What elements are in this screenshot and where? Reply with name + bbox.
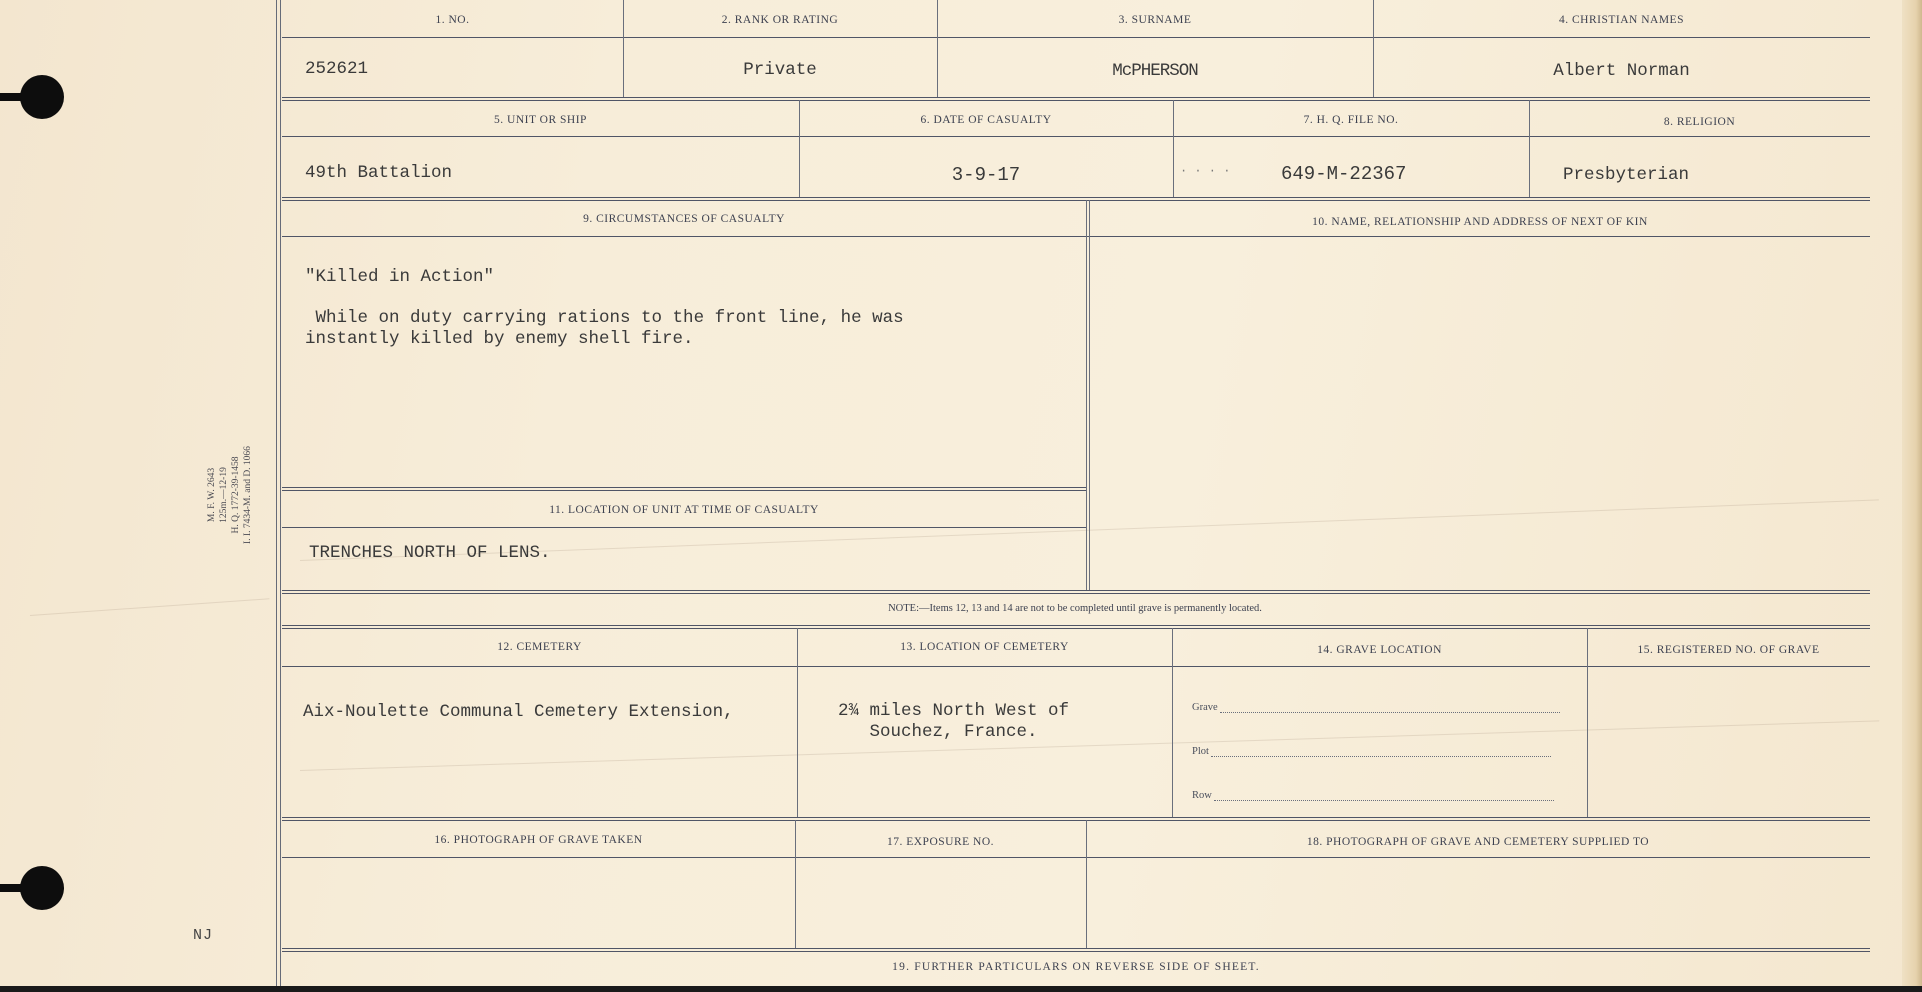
label-date-of-casualty: 6. Date of Casualty xyxy=(799,114,1173,126)
value-unit: 49th Battalion xyxy=(305,163,452,183)
label-location-of-cemetery: 13. Location of Cemetery xyxy=(797,641,1172,653)
grave-blank xyxy=(1220,702,1560,713)
label-surname: 3. Surname xyxy=(937,14,1373,26)
row1-header-rule xyxy=(282,37,1870,38)
label-hq-file-no: 7. H. Q. File No. xyxy=(1173,114,1529,126)
scan-border xyxy=(0,986,1922,992)
row4-header-rule xyxy=(282,666,1870,667)
grave-field: Grave xyxy=(1192,702,1560,713)
card-edge xyxy=(1902,0,1922,986)
label-christian-names: 4. Christian Names xyxy=(1373,14,1870,26)
divider xyxy=(1529,100,1530,197)
row5-header-rule xyxy=(282,857,1870,858)
row5-bottom-rule xyxy=(282,948,1870,952)
label-exposure-no: 17. Exposure No. xyxy=(795,836,1086,848)
value-hq-file-no: 649-M-22367 xyxy=(1281,163,1406,185)
punch-hole-bottom xyxy=(20,866,64,910)
row2-header-rule xyxy=(282,136,1870,137)
section11-header-rule xyxy=(282,527,1086,528)
label-rank: 2. Rank or Rating xyxy=(623,14,937,26)
label-grave-location: 14. Grave Location xyxy=(1172,644,1587,656)
grave-label: Grave xyxy=(1192,702,1218,713)
leader-dots: · · · · xyxy=(1180,164,1230,178)
label-next-of-kin: 10. Name, Relationship and Address of Ne… xyxy=(1090,216,1870,228)
form-ref-line-1: M. F. W. 2643 xyxy=(206,430,218,560)
value-no: 252621 xyxy=(305,59,368,79)
form-ref-line-3: H. Q. 1772-39-1458 xyxy=(230,430,242,560)
row-label: Row xyxy=(1192,790,1212,801)
section11-top-rule xyxy=(282,487,1086,491)
divider xyxy=(1172,628,1173,817)
value-circumstances-heading: "Killed in Action" xyxy=(305,267,494,287)
value-date-of-casualty: 3-9-17 xyxy=(799,164,1173,186)
label-unit: 5. Unit or Ship xyxy=(282,114,799,126)
label-religion: 8. Religion xyxy=(1529,116,1870,128)
plot-label: Plot xyxy=(1192,746,1209,757)
label-registered-no: 15. Registered No. of Grave xyxy=(1587,644,1870,656)
row1-bottom-rule xyxy=(282,97,1870,101)
form-reference: M. F. W. 2643 125m.—12-19 H. Q. 1772-39-… xyxy=(192,430,272,560)
divider xyxy=(797,628,798,817)
row-field: Row xyxy=(1192,790,1554,801)
plot-field: Plot xyxy=(1192,746,1551,757)
note-text: NOTE:—Items 12, 13 and 14 are not to be … xyxy=(280,603,1870,614)
row2-bottom-rule xyxy=(282,197,1870,201)
form-ref-line-4: I. I. 7434-M. and D. 1066 xyxy=(242,430,254,560)
punch-hole-top xyxy=(20,75,64,119)
value-surname: McPHERSON xyxy=(937,61,1373,81)
plot-blank xyxy=(1211,746,1551,757)
value-location-of-unit: TRENCHES NORTH OF LENS. xyxy=(309,543,551,563)
label-location-of-unit: 11. Location of Unit at Time of Casualty xyxy=(282,504,1086,516)
form-ref-line-2: 125m.—12-19 xyxy=(218,430,230,560)
row4-bottom-rule xyxy=(282,817,1870,821)
form-border-left xyxy=(276,0,281,986)
note-bottom-rule xyxy=(282,625,1870,629)
value-location-of-cemetery: 2¾ miles North West of Souchez, France. xyxy=(838,701,1069,743)
label-photograph-supplied-to: 18. Photograph of Grave and Cemetery Sup… xyxy=(1086,836,1870,848)
value-rank: Private xyxy=(623,60,937,80)
row-blank xyxy=(1214,790,1554,801)
divider xyxy=(1086,200,1090,590)
label-cemetery: 12. Cemetery xyxy=(282,641,797,653)
value-circumstances-text: While on duty carrying rations to the fr… xyxy=(305,308,904,350)
row3-header-rule xyxy=(282,236,1870,237)
divider xyxy=(1587,628,1588,817)
value-christian-names: Albert Norman xyxy=(1373,61,1870,81)
value-cemetery: Aix-Noulette Communal Cemetery Extension… xyxy=(303,702,734,722)
label-circumstances: 9. Circumstances of Casualty xyxy=(282,213,1086,225)
value-religion: Presbyterian xyxy=(1563,165,1689,185)
note-top-rule xyxy=(282,590,1870,594)
label-no: 1. No. xyxy=(282,14,623,26)
label-further-particulars: 19. Further Particulars on Reverse Side … xyxy=(282,961,1870,973)
clerk-initials: NJ xyxy=(193,927,213,944)
label-photograph-taken: 16. Photograph of Grave Taken xyxy=(282,834,795,846)
